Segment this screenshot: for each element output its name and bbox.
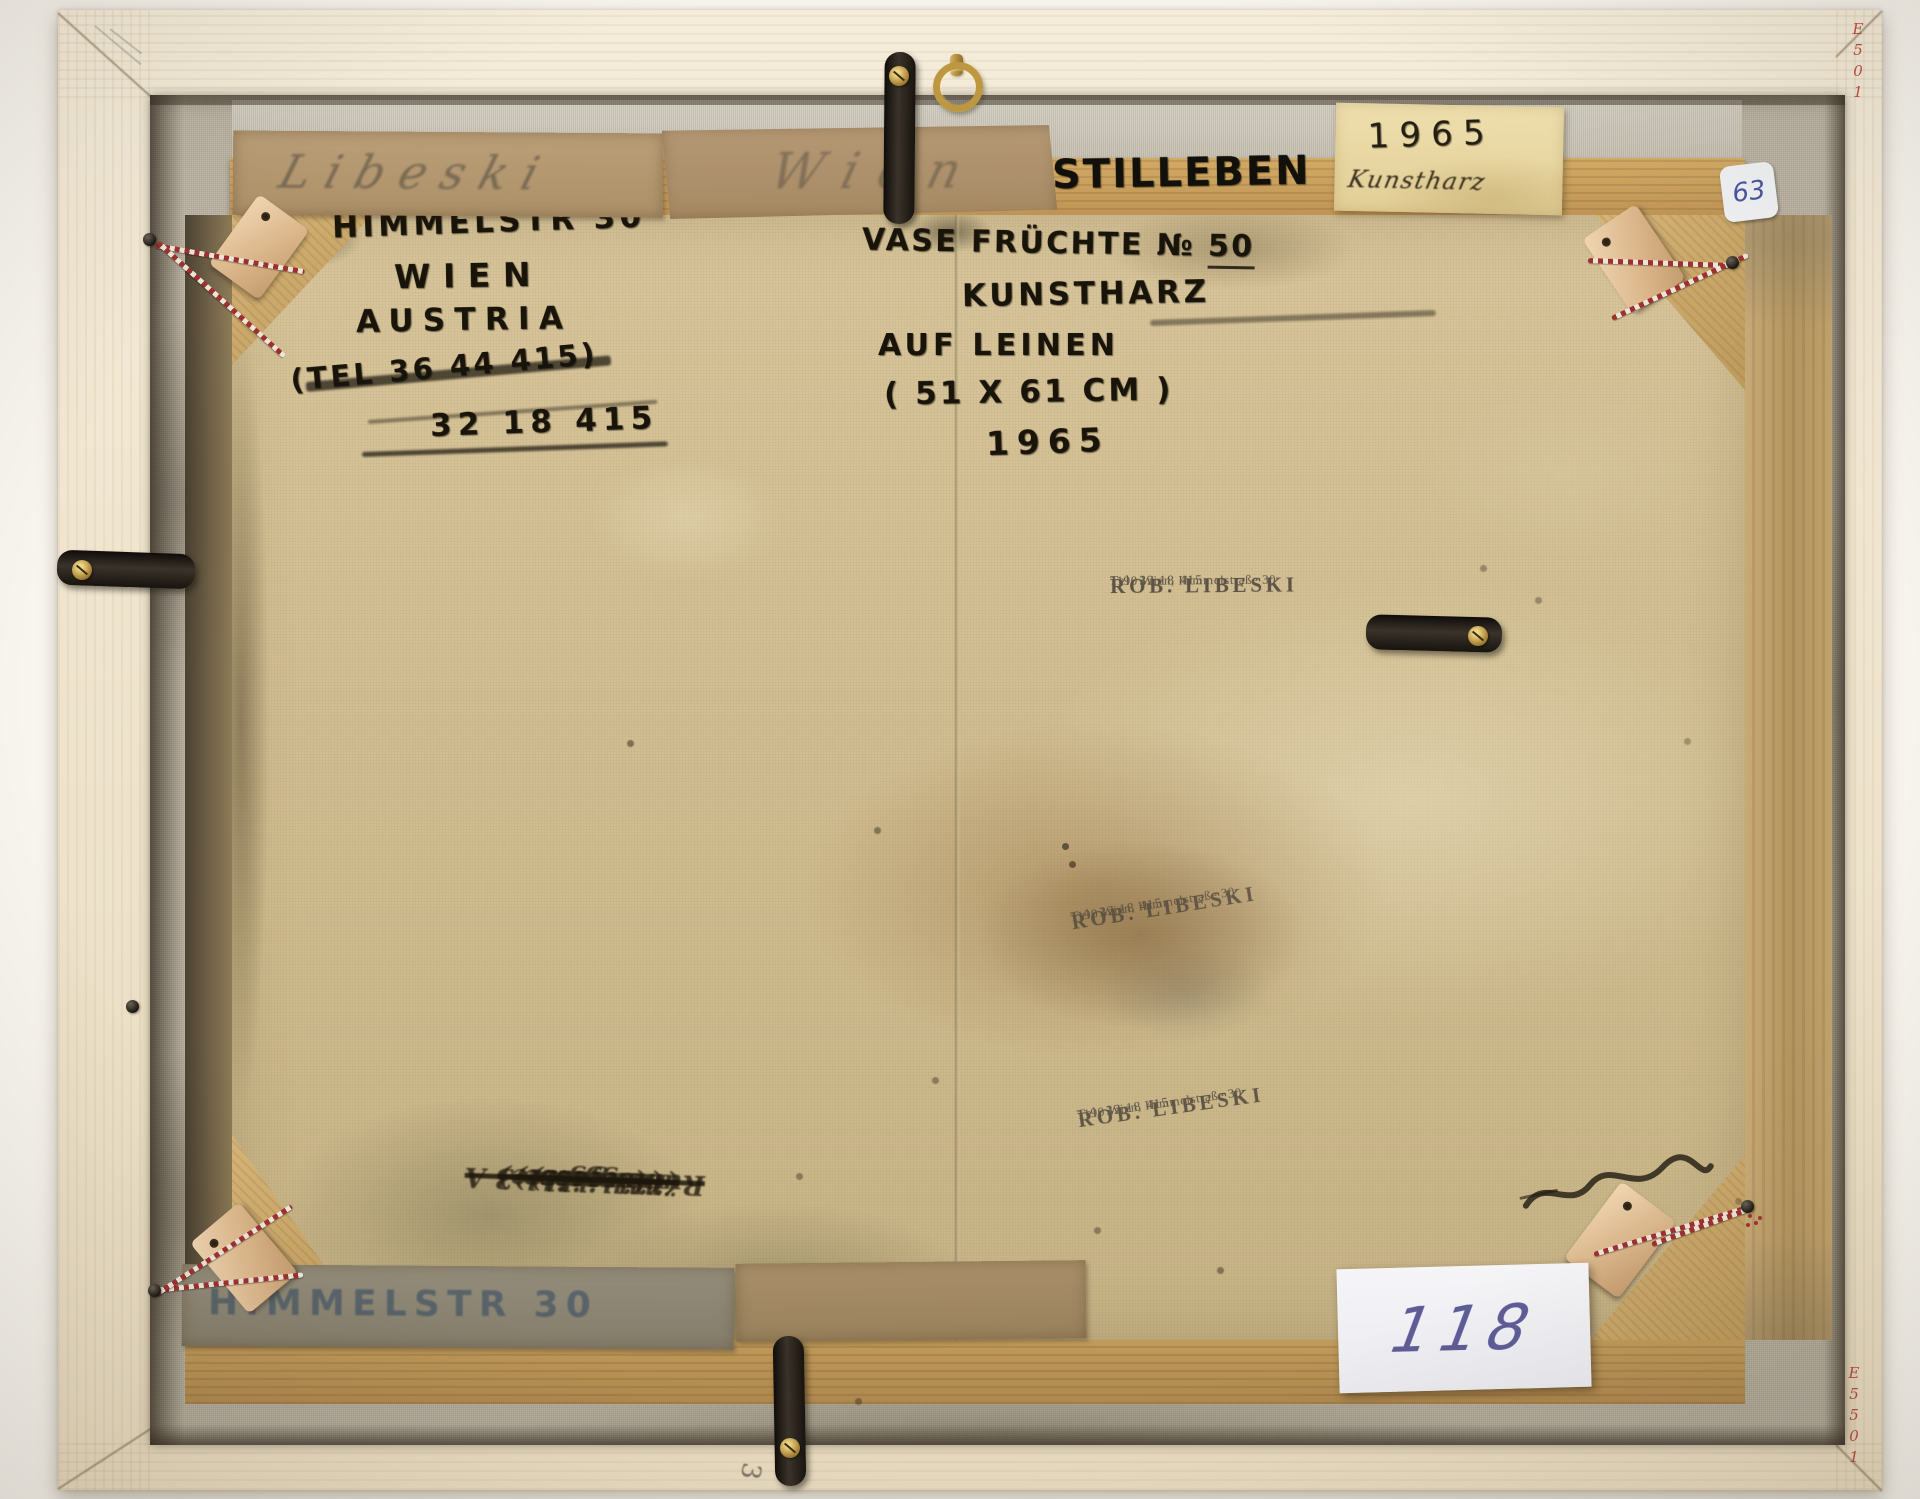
stamp-phone: Tel. 32 18 415 xyxy=(1110,572,1203,590)
inventory-label-118: 118 xyxy=(1336,1263,1591,1394)
artwork-support: AUF LEINEN xyxy=(878,328,1119,363)
note-medium: Kunstharz xyxy=(1346,165,1489,196)
address-country: AUSTRIA xyxy=(356,300,573,340)
red-inventory-code-top: E501 xyxy=(1849,20,1867,115)
artwork-number: 50 xyxy=(1208,229,1255,270)
left-band-screw xyxy=(126,1000,139,1013)
strap-screw-top xyxy=(889,66,909,86)
frame-grain-left xyxy=(58,10,152,1490)
tan-cardboard-bottom xyxy=(736,1260,1087,1342)
corner-nail-top-left xyxy=(143,233,156,246)
crossed-out-address-block: (illegible) Rübengasse 3 A (illegible) (… xyxy=(404,980,711,1200)
inventory-number: 118 xyxy=(1378,1289,1550,1367)
strap-screw-left xyxy=(72,560,92,580)
frame-grain-bottom xyxy=(58,1440,1882,1490)
hanging-ring xyxy=(933,62,983,112)
artwork-dimensions: ( 51 X 61 CM ) xyxy=(884,371,1174,412)
corner-nail-bottom-right xyxy=(1741,1200,1754,1213)
title-stilleben: STILLEBEN xyxy=(1052,148,1311,199)
artwork-medium: KUNSTHARZ xyxy=(962,274,1210,314)
note-year: 1965 xyxy=(1367,113,1496,157)
address-city: WIEN xyxy=(394,255,544,297)
red-inventory-code-bottom: E5501 xyxy=(1845,1364,1863,1484)
pencil-script-left: Libeski xyxy=(273,145,560,201)
crossed-line: (illegible) xyxy=(529,1163,679,1199)
artwork-year: 1965 xyxy=(985,420,1110,463)
artwork-title-line: VASE FRÜCHTE № 50 xyxy=(862,223,1255,265)
strap-screw-right xyxy=(1468,626,1488,646)
pencil-script-right: Wien xyxy=(765,141,987,200)
yellow-note: 1965 Kunstharz xyxy=(1334,103,1564,216)
canvas-fold-left xyxy=(185,215,233,1335)
metal-strap-bottom xyxy=(773,1336,807,1487)
corner-sticker-63: 63 xyxy=(1719,161,1779,223)
cardboard-strip-left: Libeski xyxy=(233,131,664,218)
string-frays xyxy=(1748,1214,1752,1218)
artwork-title-text: VASE FRÜCHTE № xyxy=(862,223,1196,264)
strap-screw-bottom xyxy=(780,1438,800,1458)
stretcher-bar-right xyxy=(1742,215,1832,1340)
sticker-number: 63 xyxy=(1731,175,1768,209)
painting-verso-photo: E501 E5501 HIMMELSTR 30 WIEN AUSTRIA (TE… xyxy=(0,0,1920,1499)
corner-nail-top-right xyxy=(1726,256,1739,269)
cardboard-strip-right: Wien xyxy=(662,125,1057,219)
corner-nail-bottom-left xyxy=(148,1284,161,1297)
